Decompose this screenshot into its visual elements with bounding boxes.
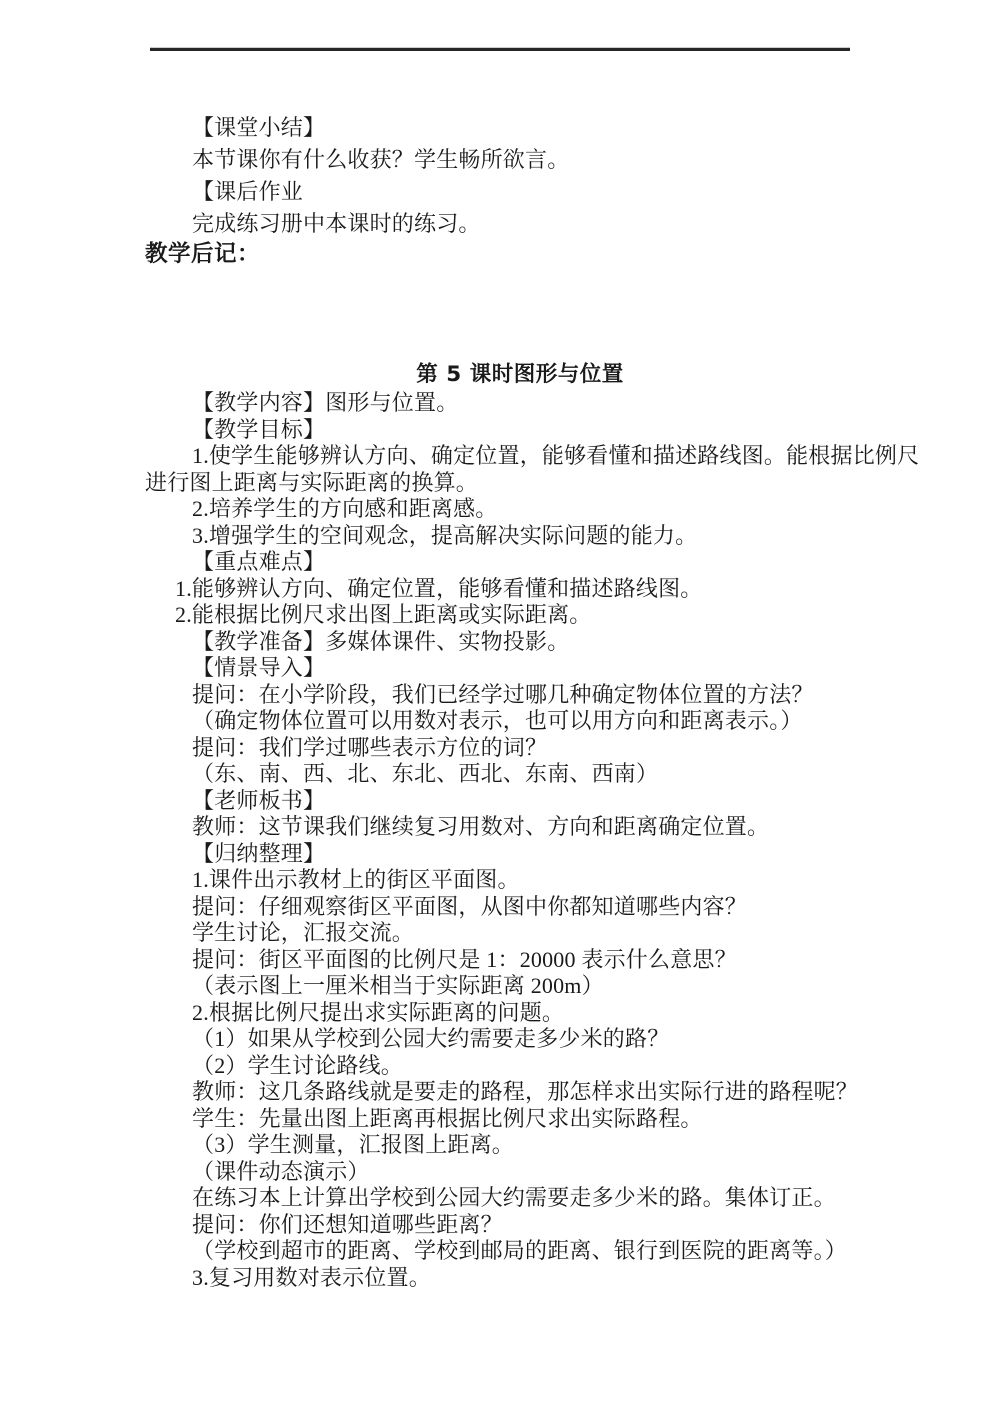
text-line: 在练习本上计算出学校到公园大约需要走多少米的路。集体订正。 <box>145 1185 857 1212</box>
text-line: 1.使学生能够辨认方向、确定位置，能够看懂和描述路线图。能根据比例尺 <box>145 443 857 470</box>
text-line: 【课后作业 <box>145 176 857 208</box>
text-line: 【教学目标】 <box>145 417 857 444</box>
text-line: （表示图上一厘米相当于实际距离 200m） <box>145 973 857 1000</box>
text-line: 教师：这几条路线就是要走的路程，那怎样求出实际行进的路程呢？ <box>145 1079 857 1106</box>
text-line: （1）如果从学校到公园大约需要走多少米的路？ <box>145 1026 857 1053</box>
text-line: 本节课你有什么收获？学生畅所欲言。 <box>145 144 857 176</box>
text-line: 【教学内容】图形与位置。 <box>145 390 857 417</box>
header-rule <box>150 48 850 51</box>
text-line: 提问：仔细观察街区平面图，从图中你都知道哪些内容？ <box>145 894 857 921</box>
text-line: 【情景导入】 <box>145 655 857 682</box>
text-line: 提问：在小学阶段，我们已经学过哪几种确定物体位置的方法？ <box>145 682 857 709</box>
document-page: 【课堂小结】 本节课你有什么收获？学生畅所欲言。 【课后作业 完成练习册中本课时… <box>0 0 1000 1415</box>
text-line: （学校到超市的距离、学校到邮局的距离、银行到医院的距离等。） <box>145 1238 857 1265</box>
text-line: 【课堂小结】 <box>145 112 857 144</box>
text-line: 学生讨论，汇报交流。 <box>145 920 857 947</box>
text-line: （2）学生讨论路线。 <box>145 1053 857 1080</box>
text-line: 教师：这节课我们继续复习用数对、方向和距离确定位置。 <box>145 814 857 841</box>
text-line: （确定物体位置可以用数对表示，也可以用方向和距离表示。） <box>145 708 857 735</box>
text-line: （东、南、西、北、东北、西北、东南、西南） <box>145 761 857 788</box>
text-line: 【老师板书】 <box>145 788 857 815</box>
text-line: 2.根据比例尺提出求实际距离的问题。 <box>145 1000 857 1027</box>
text-line: 【归纳整理】 <box>145 841 857 868</box>
text-line: 3.复习用数对表示位置。 <box>145 1265 857 1292</box>
teaching-notes-label: 教学后记： <box>145 240 857 268</box>
text-line: 提问：街区平面图的比例尺是 1：20000 表示什么意思？ <box>145 947 857 974</box>
text-line: 完成练习册中本课时的练习。 <box>145 208 857 240</box>
text-line: 1.能够辨认方向、确定位置，能够看懂和描述路线图。 <box>145 576 857 603</box>
text-line: 提问：你们还想知道哪些距离？ <box>145 1212 857 1239</box>
text-line: 2.能根据比例尺求出图上距离或实际距离。 <box>145 602 857 629</box>
text-line: 1.课件出示教材上的街区平面图。 <box>145 867 857 894</box>
text-line: 【教学准备】多媒体课件、实物投影。 <box>145 629 857 656</box>
text-line: 3.增强学生的空间观念，提高解决实际问题的能力。 <box>145 523 857 550</box>
text-line: 提问：我们学过哪些表示方位的词？ <box>145 735 857 762</box>
lesson-title: 第 5 课时图形与位置 <box>145 360 857 390</box>
text-line: 学生：先量出图上距离再根据比例尺求出实际路程。 <box>145 1106 857 1133</box>
text-line: 进行图上距离与实际距离的换算。 <box>145 470 857 497</box>
text-line: （3）学生测量，汇报图上距离。 <box>145 1132 857 1159</box>
text-line: （课件动态演示） <box>145 1159 857 1186</box>
text-line: 【重点难点】 <box>145 549 857 576</box>
text-line: 2.培养学生的方向感和距离感。 <box>145 496 857 523</box>
page-content: 【课堂小结】 本节课你有什么收获？学生畅所欲言。 【课后作业 完成练习册中本课时… <box>145 112 857 1291</box>
